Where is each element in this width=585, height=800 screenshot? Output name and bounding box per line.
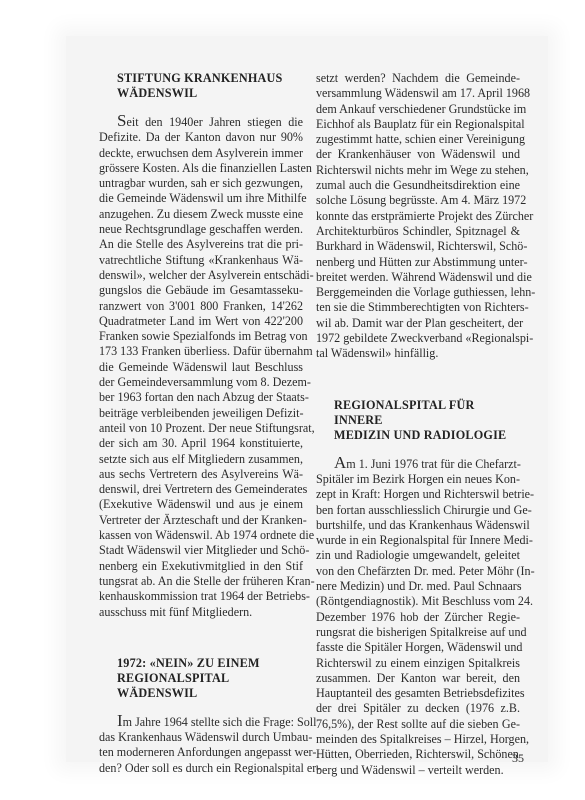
text-line: kassen von Wädenswil. Ab 1974 ordnete di… — [99, 528, 303, 543]
text-line: wurde in ein Regionalspital für Innere M… — [316, 533, 520, 548]
text-line: zept in Kraft: Horgen und Richterswil be… — [316, 487, 520, 502]
text-line: nenberg und Hütten zur Abstimmung unter- — [316, 255, 520, 270]
text-line: Quadratmeter Land im Wert von 422'200 — [99, 314, 303, 329]
paragraph-1972-continued: setzt werden? Nachdem die Gemeinde-versa… — [316, 71, 520, 362]
text-line: Im Jahre 1964 stellte sich die Frage: So… — [99, 715, 303, 730]
text-line: breitet werden. Während Wädenswil und di… — [316, 270, 520, 285]
text-line: vatrechtliche Stiftung «Krankenhaus Wä- — [99, 253, 303, 268]
text-line: von den Chefärzten Dr. med. Peter Möhr (… — [316, 564, 520, 579]
text-line: die Gemeinde Wädenswil um ihre Mithilfe — [99, 191, 303, 206]
heading-line: MEDIZIN UND RADIOLOGIE — [334, 428, 520, 443]
heading-line: REGIONALSPITAL FÜR INNERE — [334, 398, 520, 428]
text-line: zusammen. Der Kanton war bereit, den — [316, 671, 520, 686]
text-line: setzt werden? Nachdem die Gemeinde- — [316, 71, 520, 86]
text-line: Seit den 1940er Jahren stiegen die — [99, 115, 303, 130]
text-line: Eichhof als Bauplatz für ein Regionalspi… — [316, 117, 520, 132]
section-heading-regionalspital: REGIONALSPITAL FÜR INNERE MEDIZIN UND RA… — [316, 398, 520, 443]
text-line: 76,5%), der Rest sollte auf die sieben G… — [316, 717, 520, 732]
text-line: zumal auch die Gesundheitsdirektion eine — [316, 178, 520, 193]
text-line: nere Medizin) und Dr. med. Paul Schnaars — [316, 579, 520, 594]
text-line: 173 133 Franken überliess. Dafür übernah… — [99, 344, 303, 359]
text-line: Spitäler im Bezirk Horgen ein neues Kon- — [316, 472, 520, 487]
text-line: ten moderneren Anfordungen angepasst wer… — [99, 745, 303, 760]
text-line: das Krankenhaus Wädenswil durch Umbau- — [99, 730, 303, 745]
text-line: fasste die Spitäler Horgen, Wädenswil un… — [316, 640, 520, 655]
text-line: berg und Wädenswil – verteilt werden. — [316, 763, 520, 778]
text-line: Vertreter der Ärzteschaft und der Kranke… — [99, 513, 303, 528]
text-line: die Gemeinde Wädenswil laut Beschluss — [99, 360, 303, 375]
text-line: rungsrat die bisherigen Spitalkreise auf… — [316, 625, 520, 640]
text-line: setzte sich aus elf Mitgliedern zusammen… — [99, 452, 303, 467]
text-line: denswil, drei Vertretern des Gemeinderat… — [99, 482, 303, 497]
section-heading-stiftung: STIFTUNG KRANKENHAUS WÄDENSWIL — [99, 71, 303, 101]
drop-cap: A — [334, 453, 346, 472]
text-line: Architekturbüros Schindler, Spitznagel & — [316, 224, 520, 239]
text-line: ausschuss mit fünf Mitgliedern. — [99, 605, 303, 620]
text-line: versammlung Wädenswil am 17. April 1968 — [316, 86, 520, 101]
text-line-rest: eit den 1940er Jahren stiegen die — [126, 115, 303, 129]
text-line: Berggemeinden die Vorlage guthiessen, le… — [316, 285, 520, 300]
paragraph-regionalspital: Am 1. Juni 1976 trat für die Chefarzt-Sp… — [316, 457, 520, 778]
text-line: Hauptanteil des gesamten Betriebsdefizit… — [316, 686, 520, 701]
section-heading-1972: 1972: «NEIN» ZU EINEM REGIONALSPITAL WÄD… — [99, 656, 303, 701]
text-line: gungslos die Gebäude im Gesamtasseku- — [99, 283, 303, 298]
paragraph-1972-start: Im Jahre 1964 stellte sich die Frage: So… — [99, 715, 303, 776]
text-line: ber 1963 fortan den nach Abzug der Staat… — [99, 390, 303, 405]
text-line: aus sechs Vertretern des Asylvereins Wä- — [99, 467, 303, 482]
text-line-rest: m 1. Juni 1976 trat für die Chefarzt- — [346, 457, 521, 471]
text-line: der drei Spitäler zu decken (1976 z.B. — [316, 701, 520, 716]
heading-line: STIFTUNG KRANKENHAUS — [117, 71, 303, 86]
heading-line: 1972: «NEIN» ZU EINEM — [117, 656, 303, 671]
text-line: beiträge verbleibenden jeweiligen Defizi… — [99, 406, 303, 421]
text-line: meinden des Spitalkreises – Hirzel, Horg… — [316, 732, 520, 747]
text-line: der sich am 30. April 1964 konstituierte… — [99, 436, 303, 451]
text-line: Am 1. Juni 1976 trat für die Chefarzt- — [316, 457, 520, 472]
text-line: Burkhard in Wädenswil, Richterswil, Schö… — [316, 239, 520, 254]
text-line-rest: m Jahre 1964 stellte sich die Frage: Sol… — [123, 715, 317, 729]
text-line: (Röntgendiagnostik). Mit Beschluss vom 2… — [316, 594, 520, 609]
text-line: (Exekutive Wädenswil und aus je einem — [99, 497, 303, 512]
heading-line: REGIONALSPITAL WÄDENSWIL — [117, 671, 303, 701]
text-line: tal Wädenswil» hinfällig. — [316, 346, 520, 361]
text-line: burtshilfe, und das Krankenhaus Wädenswi… — [316, 518, 520, 533]
text-line: Hütten, Oberrieden, Richterswil, Schönen… — [316, 747, 520, 762]
text-line: denswil», welcher der Asylverein entschä… — [99, 268, 303, 283]
text-line: ben fortan ausschliesslich Chirurgie und… — [316, 503, 520, 518]
text-line: anzugehen. Zu diesem Zweck musste eine — [99, 207, 303, 222]
text-line: den? Oder soll es durch ein Regionalspit… — [99, 761, 303, 776]
text-line: Dezember 1976 hob der Zürcher Regie- — [316, 610, 520, 625]
text-line: dem Ankauf verschiedener Grundstücke im — [316, 102, 520, 117]
text-line: Richterswil zu einem einzigen Spitalkrei… — [316, 656, 520, 671]
text-line: ten sie die Stimmberechtigten von Richte… — [316, 300, 520, 315]
text-line: Franken sowie Spezialfonds im Betrag von — [99, 329, 303, 344]
text-line: nenberg ein Exekutivmitglied in den Stif — [99, 559, 303, 574]
text-line: grössere Kosten. Als die finanziellen La… — [99, 161, 303, 176]
right-column: setzt werden? Nachdem die Gemeinde-versa… — [316, 71, 520, 778]
text-line: konnte das erstprämierte Projekt des Zür… — [316, 209, 520, 224]
text-line: ranzwert von 3'001 800 Franken, 14'262 — [99, 299, 303, 314]
text-line: An die Stelle des Asylvereins trat die p… — [99, 237, 303, 252]
text-line: Defizite. Da der Kanton davon nur 90% — [99, 130, 303, 145]
text-line: deckte, erwuchsen dem Asylverein immer — [99, 146, 303, 161]
text-line: neue Rechtsgrundlage geschaffen werden. — [99, 222, 303, 237]
page-number: 35 — [512, 751, 524, 766]
text-line: wil ab. Damit war der Plan gescheitert, … — [316, 316, 520, 331]
text-line: Richterswil nichts mehr im Wege zu stehe… — [316, 163, 520, 178]
text-line: untragbar wurden, sah er sich gezwungen, — [99, 176, 303, 191]
text-line: solche Lösung begrüsste. Am 4. März 1972 — [316, 193, 520, 208]
text-line: der Krankenhäuser von Wädenswil und — [316, 147, 520, 162]
text-line: anteil von 10 Prozent. Der neue Stiftung… — [99, 421, 303, 436]
text-line: tungsrat ab. An die Stelle der früheren … — [99, 574, 303, 589]
left-column: STIFTUNG KRANKENHAUS WÄDENSWIL Seit den … — [99, 71, 303, 776]
heading-line: WÄDENSWIL — [117, 86, 303, 101]
text-line: Stadt Wädenswil vier Mitglieder und Schö… — [99, 543, 303, 558]
paragraph-stiftung: Seit den 1940er Jahren stiegen dieDefizi… — [99, 115, 303, 620]
text-line: zin und Radiologie umgewandelt, geleitet — [316, 548, 520, 563]
text-line: kenhauskommission trat 1964 der Betriebs… — [99, 589, 303, 604]
text-line: zugestimmt hatte, schien einer Vereinigu… — [316, 132, 520, 147]
text-line: der Gemeindeversammlung vom 8. Dezem- — [99, 375, 303, 390]
text-line: 1972 gebildete Zweckverband «Regionalspi… — [316, 331, 520, 346]
